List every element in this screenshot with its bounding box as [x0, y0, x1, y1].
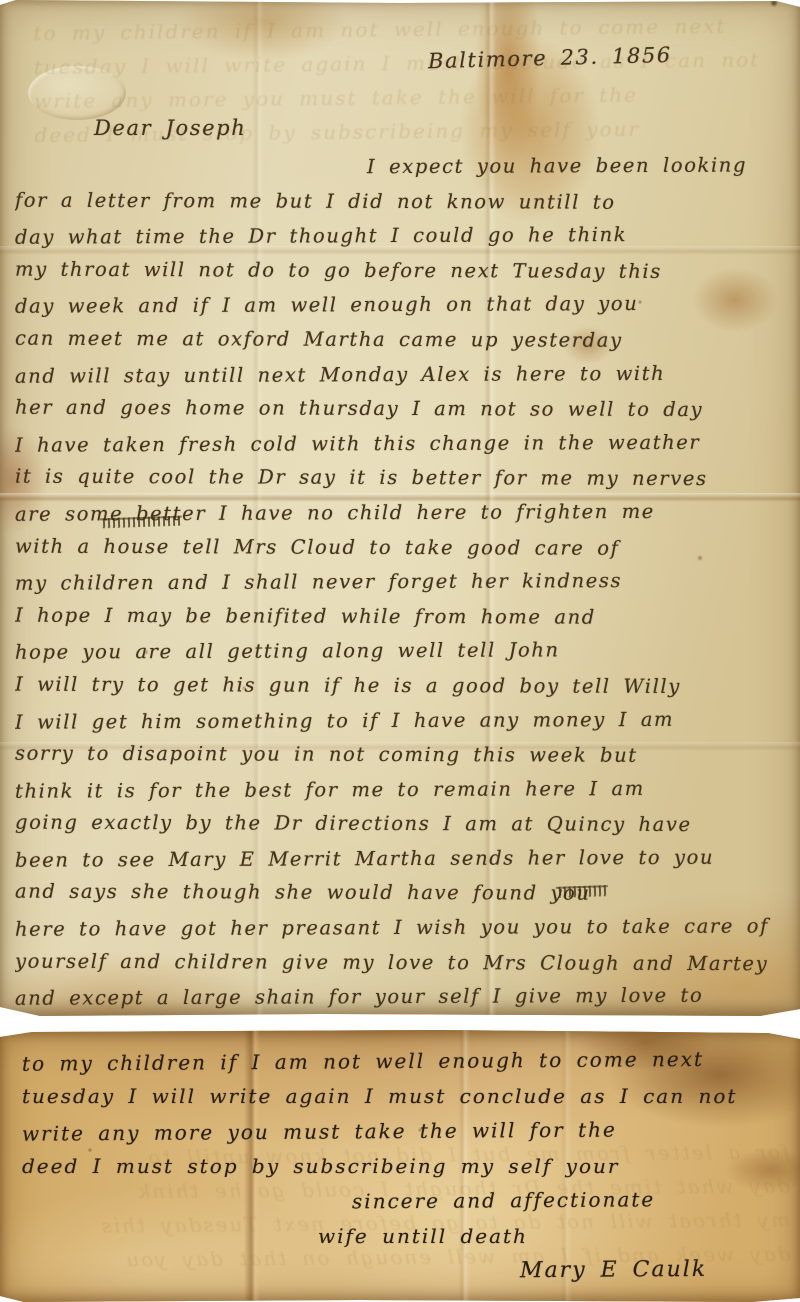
salutation: Dear Joseph: [94, 116, 246, 140]
letter-line: I will try to get his gun if he is a goo…: [15, 668, 794, 705]
letter-line: my throat will not do to go before next …: [15, 252, 794, 289]
letter-line: sorry to disapoint you in not coming thi…: [15, 737, 794, 774]
letter-body-page-1: I expect you have been looking for a let…: [15, 150, 794, 1015]
letter-line: think it is for the best for me to remai…: [15, 771, 794, 809]
letter-line: it is quite cool the Dr say it is better…: [15, 460, 794, 497]
letter-body-page-2: to my children if I am not well enough t…: [22, 1044, 794, 1289]
letter-line: her and goes home on thursday I am not s…: [15, 391, 794, 428]
ghost-line: tuesday I will write again I must conclu…: [34, 42, 796, 84]
letter-line: I have taken fresh cold with this change…: [15, 425, 794, 463]
letter-line: going exactly by the Dr directions I am …: [15, 806, 794, 843]
letter-page-2: to my children if I am not well enough t…: [0, 1030, 800, 1302]
letter-line: yourself and children give my love to Mr…: [15, 944, 794, 981]
letter-line: been to see Mary E Merrit Martha sends h…: [15, 840, 794, 878]
letter-line: day what time the Dr thought I could go …: [15, 217, 794, 255]
letter-line: write any more you must take the will fo…: [22, 1111, 794, 1151]
letter-line: I expect you have been looking: [15, 148, 794, 186]
letter-line: and says she though she would have found…: [15, 875, 794, 912]
scanned-letter: to my children if I am not well enough t…: [0, 0, 800, 1302]
letter-line: hope you are all getting along well tell…: [15, 633, 794, 671]
letter-line: deed I must stop by subscribeing my self…: [22, 1149, 794, 1184]
letter-line: with a house tell Mrs Cloud to take good…: [15, 529, 794, 566]
closing-line: sincere and affectionate: [22, 1181, 794, 1221]
letter-line: and will stay untill next Monday Alex is…: [15, 356, 794, 394]
letter-line: tuesday I will write again I must conclu…: [22, 1079, 794, 1114]
struck-out-word-scribble: [556, 885, 608, 898]
ghost-line: to my children if I am not well enough t…: [33, 8, 795, 50]
letter-line: here to have got her preasant I wish you…: [15, 909, 794, 947]
closing-line: wife untill death: [22, 1219, 794, 1254]
ghost-line: write any more you must take the will fo…: [34, 76, 796, 118]
letter-line: can meet me at oxford Martha came up yes…: [15, 322, 794, 359]
dateline: Baltimore 23. 1856: [428, 43, 672, 73]
letter-line: to my children if I am not well enough t…: [22, 1041, 794, 1081]
signature: Mary E Caulk: [22, 1251, 794, 1291]
letter-page-1: to my children if I am not well enough t…: [0, 0, 800, 1016]
embossed-seal: [28, 66, 126, 120]
letter-line: I will get him something to if I have an…: [15, 702, 794, 740]
letter-line: my children and I shall never forget her…: [15, 563, 794, 601]
letter-line: and except a large shain for your self I…: [15, 979, 794, 1016]
letter-line: day week and if I am well enough on that…: [15, 287, 794, 325]
letter-line: for a letter from me but I did not know …: [15, 183, 794, 220]
letter-line: I hope I may be benifited while from hom…: [15, 598, 794, 635]
